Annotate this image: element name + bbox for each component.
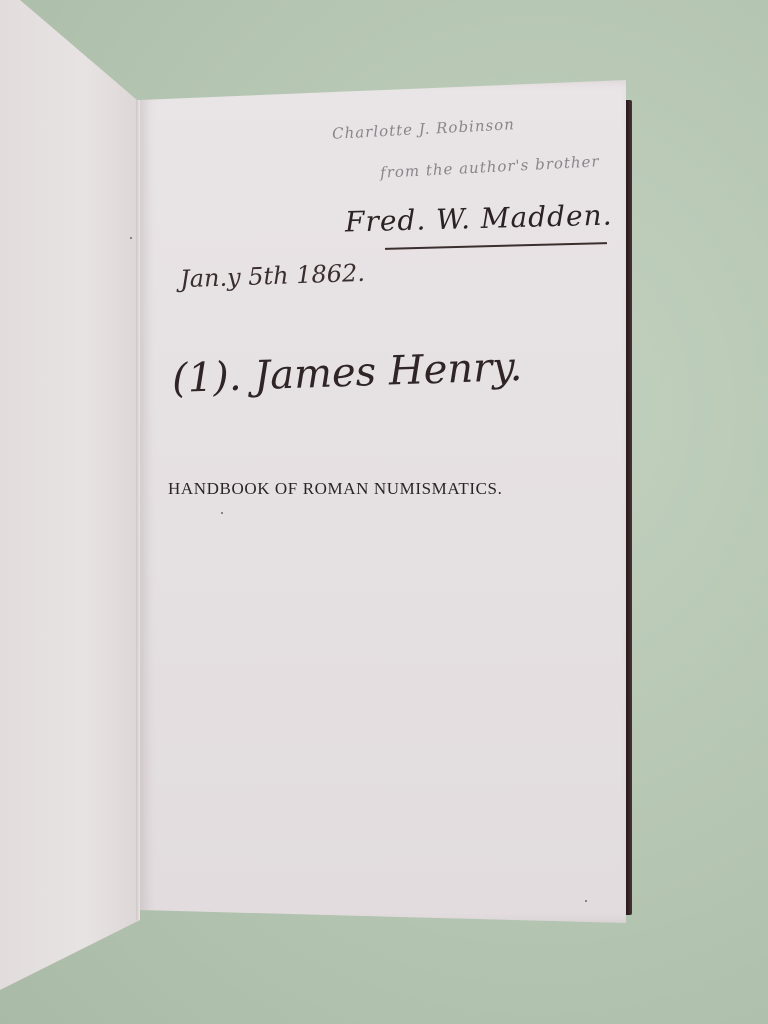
paper-speck (585, 900, 587, 902)
photo-scene: Charlotte J. Robinson from the author's … (0, 0, 768, 1024)
madden-signature: Fred. W. Madden. (345, 199, 613, 239)
paper-speck (130, 237, 132, 239)
left-page (0, 0, 140, 1024)
printed-title: HANDBOOK OF ROMAN NUMISMATICS. (168, 479, 502, 499)
paper-speck (221, 512, 223, 514)
left-page-gutter-edge (136, 100, 140, 920)
